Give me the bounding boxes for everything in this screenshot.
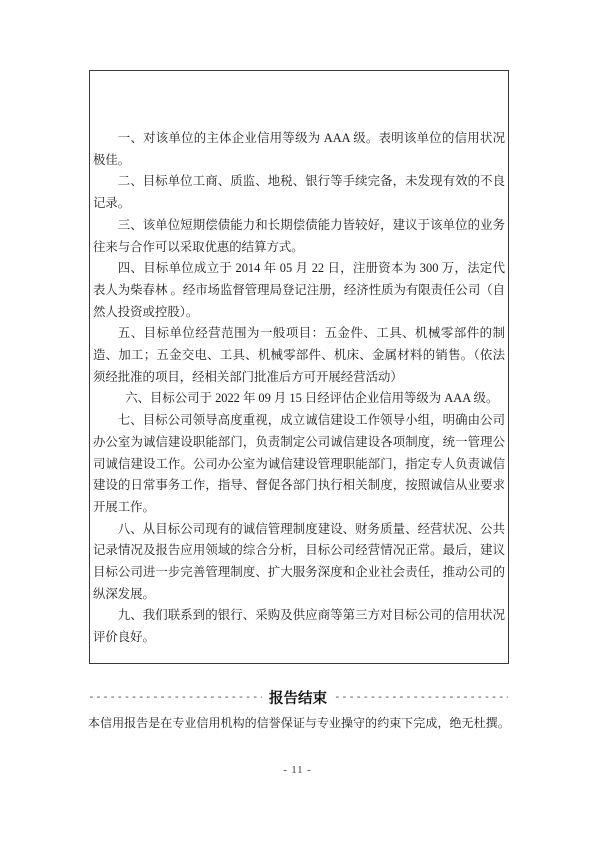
- conclusion-paragraph-6: 六、目标公司于 2022 年 09 月 15 日经评估企业信用等级为 AAA 级…: [93, 388, 505, 410]
- report-end-divider: ----------------------------------------…: [88, 687, 508, 707]
- document-page: 一、对该单位的主体企业信用等级为 AAA 级。表明该单位的信用状况极佳。 二、目…: [0, 0, 595, 841]
- conclusion-paragraph-7: 七、目标公司领导高度重视，成立诚信建设工作领导小组，明确由公司办公室为诚信建设职…: [93, 410, 505, 519]
- conclusion-paragraph-4: 四、目标单位成立于 2014 年 05 月 22 日，注册资本为 300 万，法…: [93, 258, 505, 323]
- conclusion-paragraph-5: 五、目标单位经营范围为一般项目：五金件、工具、机械零部件的制造、加工；五金交电、…: [93, 323, 505, 388]
- conclusion-paragraph-2: 二、目标单位工商、质监、地税、银行等手续完备，未发现有效的不良记录。: [93, 171, 505, 214]
- conclusion-paragraph-1: 一、对该单位的主体企业信用等级为 AAA 级。表明该单位的信用状况极佳。: [93, 128, 505, 171]
- report-end-label: 报告结束: [262, 687, 334, 708]
- report-end-dashes-right: ----------------------------------------…: [334, 692, 508, 702]
- report-disclaimer-text: 本信用报告是在专业信用机构的信誉保证与专业操守的约束下完成，绝无杜撰。: [88, 714, 510, 732]
- conclusion-paragraph-9: 九、我们联系到的银行、采购及供应商等第三方对目标公司的信用状况评价良好。: [93, 605, 505, 648]
- report-end-dashes-left: ----------------------------------------…: [88, 692, 262, 702]
- page-number: - 11 -: [0, 765, 595, 776]
- conclusion-paragraph-8: 八、从目标公司现有的诚信管理制度建设、财务质量、经营状况、公共记录情况及报告应用…: [93, 519, 505, 606]
- conclusion-paragraph-3: 三、该单位短期偿债能力和长期偿债能力皆较好，建议于该单位的业务往来与合作可以采取…: [93, 215, 505, 258]
- report-conclusions-box: 一、对该单位的主体企业信用等级为 AAA 级。表明该单位的信用状况极佳。 二、目…: [89, 70, 509, 664]
